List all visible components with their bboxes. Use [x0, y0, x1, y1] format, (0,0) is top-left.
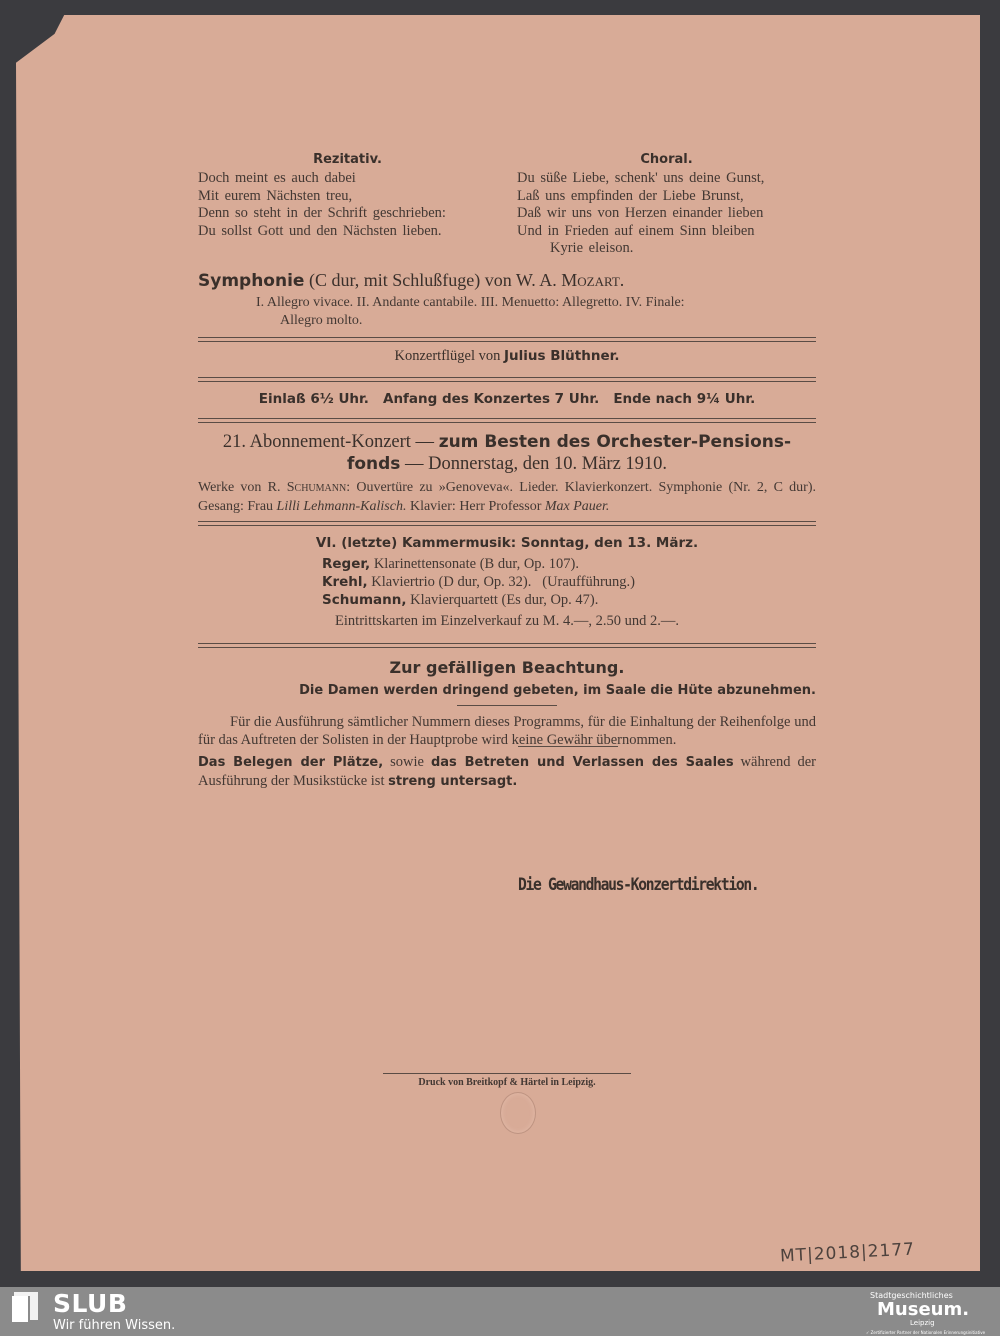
recitative-column: Rezitativ. Doch meint es auch dabei Mit …: [198, 152, 497, 258]
work-title: Klavierquartett (Es dur, Op. 47).: [410, 592, 598, 608]
works-composer: Schumann: [287, 480, 346, 495]
seating-bold: das Betreten und Verlassen des Saales: [431, 755, 734, 770]
disclaimer-text: Für die Ausführung sämtlicher Nummern di…: [198, 714, 816, 749]
concert-times: Einlaß 6½ Uhr. Anfang des Konzertes 7 Uh…: [198, 391, 816, 407]
pianist-prefix: Klavier: Herr Professor: [410, 499, 541, 514]
double-rule: [198, 377, 816, 382]
slub-tagline: Wir führen Wissen.: [53, 1318, 175, 1333]
pianist-name: Max Pauer.: [545, 499, 610, 514]
work-composer: Schumann,: [322, 592, 406, 608]
works-prefix: Werke von R.: [198, 480, 281, 495]
slub-book-icon[interactable]: [12, 1292, 40, 1322]
movements-line: I. Allegro vivace. II. Andante cantabile…: [256, 295, 685, 310]
singer-name: Lilli Lehmann-Kalisch.: [277, 499, 407, 514]
chamber-works: Reger, Klarinettensonate (B dur, Op. 107…: [198, 555, 816, 609]
museum-certification: ✓ Zertifizierter Partner der Nationalen …: [866, 1330, 985, 1335]
notice-section: Zur gefälligen Beachtung. Die Damen werd…: [198, 658, 816, 791]
choral-line: Du süße Liebe, schenk' uns deine Gunst,: [517, 170, 816, 188]
piano-prefix: Konzertflügel von: [395, 348, 501, 364]
double-rule: [198, 418, 816, 423]
concert-benefit-cont: fonds: [347, 454, 400, 474]
piano-maker: Julius Blüthner.: [504, 348, 619, 364]
symphony-entry: Symphonie (C dur, mit Schlußfuge) von W.…: [198, 270, 816, 330]
work-title: Klarinettensonate (B dur, Op. 107).: [374, 556, 579, 572]
text-columns: Rezitativ. Doch meint es auch dabei Mit …: [198, 152, 816, 258]
chamber-concert: VI. (letzte) Kammermusik: Sonntag, den 1…: [198, 535, 816, 630]
double-rule: [198, 521, 816, 526]
printer-imprint: Druck von Breitkopf & Härtel in Leipzig.: [383, 1073, 631, 1088]
chamber-work: Krehl, Klaviertrio (D dur, Op. 32). (Ura…: [322, 573, 816, 591]
work-composer: Reger,: [322, 556, 370, 572]
double-rule: [198, 337, 816, 342]
symphony-composer: Mozart.: [561, 270, 624, 290]
slub-logo-text[interactable]: SLUB: [53, 1289, 127, 1318]
choral-title: Choral.: [517, 152, 816, 167]
museum-name: Museum.: [877, 1299, 969, 1320]
emboss-stamp-icon: [500, 1092, 536, 1134]
ticket-prices: Eintrittskarten im Einzelverkauf zu M. 4…: [198, 613, 816, 630]
recitative-title: Rezitativ.: [198, 152, 497, 167]
seating-notice: Das Belegen der Plätze, sowie das Betret…: [198, 753, 816, 791]
choral-line: Und in Frieden auf einem Sinn bleiben: [517, 223, 816, 241]
hats-notice: Die Damen werden dringend gebeten, im Sa…: [198, 683, 816, 698]
recitative-line: Mit eurem Nächsten treu,: [198, 188, 497, 206]
concert-number: 21.: [223, 432, 246, 452]
concert-benefit: zum Besten des Orchester-Pensions-: [439, 432, 791, 452]
choral-column: Choral. Du süße Liebe, schenk' uns deine…: [517, 152, 816, 258]
symphony-work: Symphonie: [198, 271, 304, 291]
symphony-details: (C dur, mit Schlußfuge) von W. A.: [309, 270, 557, 290]
chamber-work: Schumann, Klavierquartett (Es dur, Op. 4…: [322, 591, 816, 609]
choral-line: Kyrie eleison.: [517, 240, 816, 258]
short-rule: [457, 705, 557, 706]
next-concert: 21. Abonnement-Konzert — zum Besten des …: [198, 431, 816, 516]
seating-bold: Das Belegen der Plätze,: [198, 755, 383, 770]
seating-bold: streng untersagt.: [388, 774, 517, 789]
footer-bar: SLUB Wir führen Wissen. Stadtgeschichtli…: [0, 1287, 1000, 1336]
choral-line: Laß uns empfinden der Liebe Brunst,: [517, 188, 816, 206]
recitative-line: Doch meint es auch dabei: [198, 170, 497, 188]
concert-label: Abonnement-Konzert —: [250, 432, 434, 452]
next-concert-details: Werke von R. Schumann: Ouvertüre zu »Gen…: [198, 478, 816, 516]
recitative-line: Du sollst Gott und den Nächsten lieben.: [198, 223, 497, 241]
concert-date: — Donnerstag, den 10. März 1910.: [405, 454, 667, 474]
movements-line: Allegro molto.: [256, 312, 816, 330]
next-concert-heading: 21. Abonnement-Konzert — zum Besten des …: [198, 431, 816, 475]
signature: Die Gewandhaus-Konzertdirektion.: [518, 875, 758, 895]
recitative-line: Denn so steht in der Schrift geschrieben…: [198, 205, 497, 223]
double-rule: [198, 643, 816, 648]
seating-text: sowie: [383, 754, 431, 770]
notice-title: Zur gefälligen Beachtung.: [198, 658, 816, 677]
chamber-work: Reger, Klarinettensonate (B dur, Op. 107…: [322, 555, 816, 573]
symphony-movements: I. Allegro vivace. II. Andante cantabile…: [198, 294, 816, 330]
chamber-title: VI. (letzte) Kammermusik: Sonntag, den 1…: [198, 535, 816, 551]
museum-city: Leipzig: [910, 1319, 935, 1327]
symphony-title: Symphonie (C dur, mit Schlußfuge) von W.…: [198, 270, 816, 291]
piano-note: Konzertflügel von Julius Blüthner.: [198, 348, 816, 365]
work-title: Klaviertrio (D dur, Op. 32). (Uraufführu…: [371, 574, 635, 590]
work-composer: Krehl,: [322, 574, 368, 590]
choral-line: Daß wir uns von Herzen einander lieben: [517, 205, 816, 223]
